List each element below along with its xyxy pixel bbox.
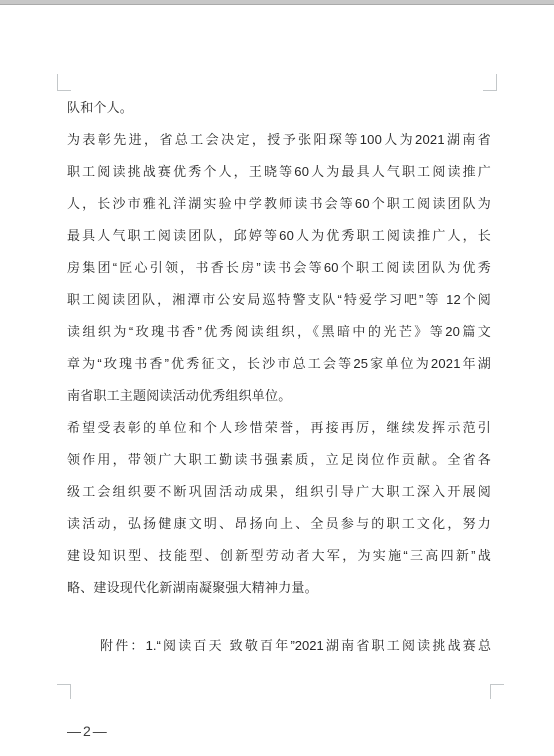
text-line: 职工阅读团队，湘潭市公安局巡特警支队“特爱学习吧”等 12个阅: [67, 284, 491, 316]
text-line: 章为“玫瑰书香”优秀征文，长沙市总工会等25家单位为2021年湖: [67, 348, 491, 380]
text-line: 队和个人。: [67, 92, 491, 124]
text-line: 建设知识型、技能型、创新型劳动者大军，为实施“三高四新”战: [67, 540, 491, 572]
text-line: 领作用，带领广大职工勤读书强素质，立足岗位作贡献。全省各: [67, 444, 491, 476]
text-line: 为表彰先进，省总工会决定，授予张阳琛等100人为2021湖南省: [67, 124, 491, 156]
text-line: 读组织为“玫瑰书香”优秀阅读组织，《黑暗中的光芒》等20篇文: [67, 316, 491, 348]
text-line: 南省职工主题阅读活动优秀组织单位。: [67, 380, 491, 412]
margin-mark-bottom-right: [490, 684, 504, 699]
document-page: 队和个人。 为表彰先进，省总工会决定，授予张阳琛等100人为2021湖南省 职工…: [0, 0, 554, 756]
text-line: 略、建设现代化新湖南凝聚强大精神力量。: [67, 572, 491, 604]
margin-mark-top-right: [483, 74, 497, 91]
margin-mark-bottom-left: [57, 684, 71, 699]
attachment-reference-line: 附件：1.“阅读百天 致敬百年”2021湖南省职工阅读挑战赛总: [67, 630, 491, 662]
page-number: —2—: [67, 721, 109, 741]
text-line: 最具人气职工阅读团队，邱婷等60人为优秀职工阅读推广人，长: [67, 220, 491, 252]
text-line: 职工阅读挑战赛优秀个人，王晓等60人为最具人气职工阅读推广: [67, 156, 491, 188]
text-line: 人，长沙市雅礼洋湖实验中学教师读书会等60个职工阅读团队为: [67, 188, 491, 220]
scan-edge-bar: [0, 0, 554, 5]
text-line: 希望受表彰的单位和个人珍惜荣誉，再接再厉，继续发挥示范引: [67, 412, 491, 444]
text-line: 级工会组织要不断巩固活动成果，组织引导广大职工深入开展阅: [67, 476, 491, 508]
margin-mark-top-left: [57, 74, 71, 91]
text-line: 读活动，弘扬健康文明、昂扬向上、全员参与的职工文化，努力: [67, 508, 491, 540]
document-body: 队和个人。 为表彰先进，省总工会决定，授予张阳琛等100人为2021湖南省 职工…: [67, 92, 491, 662]
text-line: 房集团“匠心引领，书香长房”读书会等60个职工阅读团队为优秀: [67, 252, 491, 284]
